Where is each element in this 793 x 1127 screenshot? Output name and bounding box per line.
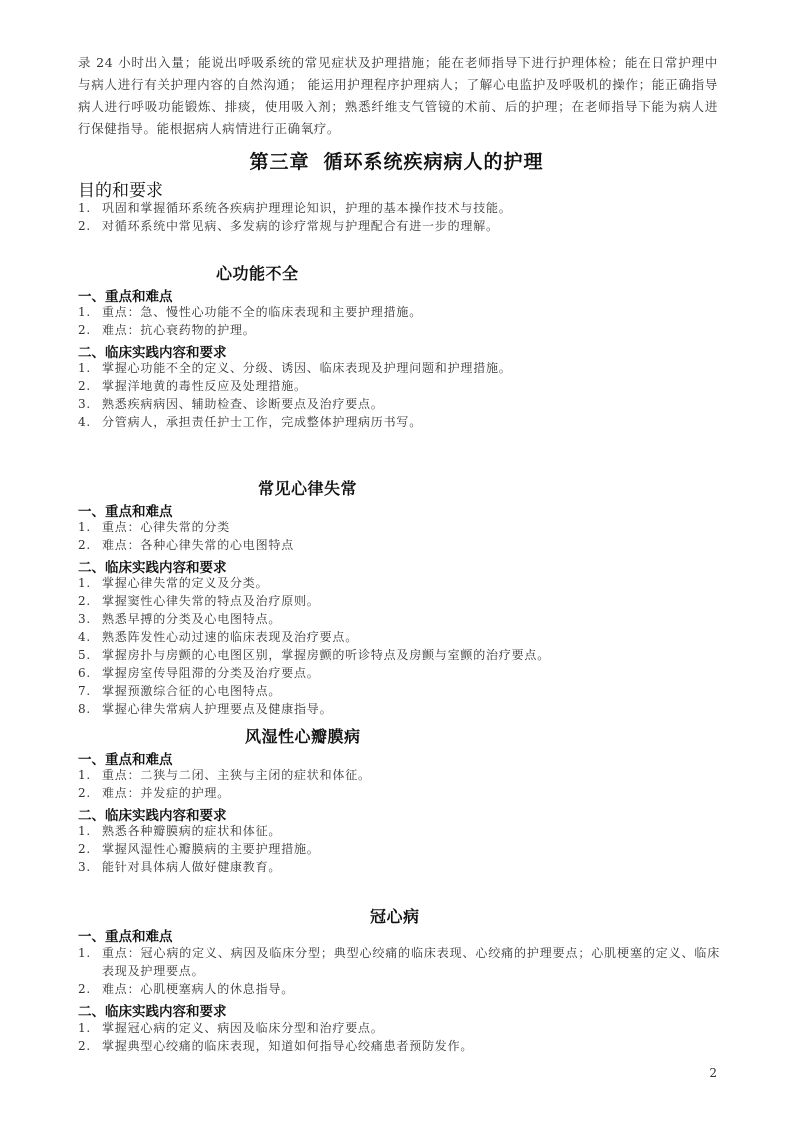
list-item: 3.熟悉疾病病因、辅助检查、诊断要点及治疗要点。 bbox=[78, 395, 728, 413]
practice-heading: 二、临床实践内容和要求 bbox=[78, 1000, 227, 1020]
list-item: 2.掌握窦性心律失常的特点及治疗原则。 bbox=[78, 592, 728, 610]
list-item: 1.熟悉各种瓣膜病的症状和体征。 bbox=[78, 822, 728, 840]
chapter-title: 第三章循环系统疾病病人的护理 bbox=[0, 147, 793, 174]
list-item: 1.巩固和掌握循环系统各疾病护理理论知识，护理的基本操作技术与技能。 bbox=[78, 199, 728, 217]
chapter-name: 循环系统疾病病人的护理 bbox=[324, 151, 544, 173]
list-item: 1.重点：急、慢性心功能不全的临床表现和主要护理措施。 bbox=[78, 303, 728, 321]
intro-paragraph: 录 24 小时出入量；能说出呼吸系统的常见症状及护理措施；能在老师指导下进行护理… bbox=[78, 52, 718, 140]
key-points-list: 1.重点：急、慢性心功能不全的临床表现和主要护理措施。 2.难点：抗心衰药物的护… bbox=[78, 303, 728, 339]
practice-heading: 二、临床实践内容和要求 bbox=[78, 556, 227, 576]
page-number: 2 bbox=[709, 1066, 717, 1080]
section-title-arrhythmia: 常见心律失常 bbox=[258, 476, 357, 499]
list-item: 2.对循环系统中常见病、多发病的诊疗常规与护理配合有进一步的理解。 bbox=[78, 217, 728, 235]
practice-list: 1.掌握心功能不全的定义、分级、诱因、临床表现及护理问题和护理措施。 2.掌握洋… bbox=[78, 359, 728, 431]
section-title-coronary: 冠心病 bbox=[370, 904, 420, 927]
list-item: 4.熟悉阵发性心动过速的临床表现及治疗要点。 bbox=[78, 628, 728, 646]
document-page: 录 24 小时出入量；能说出呼吸系统的常见症状及护理措施；能在老师指导下进行护理… bbox=[0, 0, 793, 1127]
list-item: 2.掌握风湿性心瓣膜病的主要护理措施。 bbox=[78, 840, 728, 858]
list-item: 2.难点：抗心衰药物的护理。 bbox=[78, 321, 728, 339]
goals-list: 1.巩固和掌握循环系统各疾病护理理论知识，护理的基本操作技术与技能。 2.对循环… bbox=[78, 199, 728, 235]
key-points-heading: 一、重点和难点 bbox=[78, 285, 173, 305]
practice-heading: 二、临床实践内容和要求 bbox=[78, 341, 227, 361]
list-item: 1.掌握冠心病的定义、病因及临床分型和治疗要点。 bbox=[78, 1019, 728, 1037]
practice-list: 1.熟悉各种瓣膜病的症状和体征。 2.掌握风湿性心瓣膜病的主要护理措施。 3.能… bbox=[78, 822, 728, 876]
chapter-number: 第三章 bbox=[249, 151, 309, 173]
section-title-valvular: 风湿性心瓣膜病 bbox=[245, 724, 361, 747]
practice-list: 1.掌握心律失常的定义及分类。 2.掌握窦性心律失常的特点及治疗原则。 3.熟悉… bbox=[78, 574, 728, 718]
list-item: 4.分管病人，承担责任护士工作，完成整体护理病历书写。 bbox=[78, 413, 728, 431]
list-item: 3.熟悉早搏的分类及心电图特点。 bbox=[78, 610, 728, 628]
list-item: 1.重点：冠心病的定义、病因及临床分型；典型心绞痛的临床表现、心绞痛的护理要点；… bbox=[78, 944, 720, 980]
list-item: 2.掌握洋地黄的毒性反应及处理措施。 bbox=[78, 377, 728, 395]
list-item: 7.掌握预激综合征的心电图特点。 bbox=[78, 682, 728, 700]
list-item: 1.掌握心律失常的定义及分类。 bbox=[78, 574, 728, 592]
list-item: 8.掌握心律失常病人护理要点及健康指导。 bbox=[78, 700, 728, 718]
key-points-list: 1.重点：冠心病的定义、病因及临床分型；典型心绞痛的临床表现、心绞痛的护理要点；… bbox=[78, 944, 720, 998]
goals-heading: 目的和要求 bbox=[78, 176, 163, 201]
practice-heading: 二、临床实践内容和要求 bbox=[78, 804, 227, 824]
list-item: 1.掌握心功能不全的定义、分级、诱因、临床表现及护理问题和护理措施。 bbox=[78, 359, 728, 377]
list-item: 1.重点：二狭与二闭、主狭与主闭的症状和体征。 bbox=[78, 766, 728, 784]
list-item: 2.掌握典型心绞痛的临床表现，知道如何指导心绞痛患者预防发作。 bbox=[78, 1037, 728, 1055]
key-points-list: 1.重点：心律失常的分类 2.难点：各种心律失常的心电图特点 bbox=[78, 518, 728, 554]
list-item: 3.能针对具体病人做好健康教育。 bbox=[78, 858, 728, 876]
key-points-list: 1.重点：二狭与二闭、主狭与主闭的症状和体征。 2.难点：并发症的护理。 bbox=[78, 766, 728, 802]
practice-list: 1.掌握冠心病的定义、病因及临床分型和治疗要点。 2.掌握典型心绞痛的临床表现，… bbox=[78, 1019, 728, 1055]
section-title-heart-failure: 心功能不全 bbox=[216, 261, 299, 284]
key-points-heading: 一、重点和难点 bbox=[78, 500, 173, 520]
list-item: 5.掌握房扑与房颤的心电图区别，掌握房颤的听诊特点及房颤与室颤的治疗要点。 bbox=[78, 646, 728, 664]
list-item: 6.掌握房室传导阻滞的分类及治疗要点。 bbox=[78, 664, 728, 682]
list-item: 2.难点：心肌梗塞病人的休息指导。 bbox=[78, 980, 720, 998]
list-item: 2.难点：各种心律失常的心电图特点 bbox=[78, 536, 728, 554]
key-points-heading: 一、重点和难点 bbox=[78, 925, 173, 945]
key-points-heading: 一、重点和难点 bbox=[78, 748, 173, 768]
list-item: 2.难点：并发症的护理。 bbox=[78, 784, 728, 802]
list-item: 1.重点：心律失常的分类 bbox=[78, 518, 728, 536]
